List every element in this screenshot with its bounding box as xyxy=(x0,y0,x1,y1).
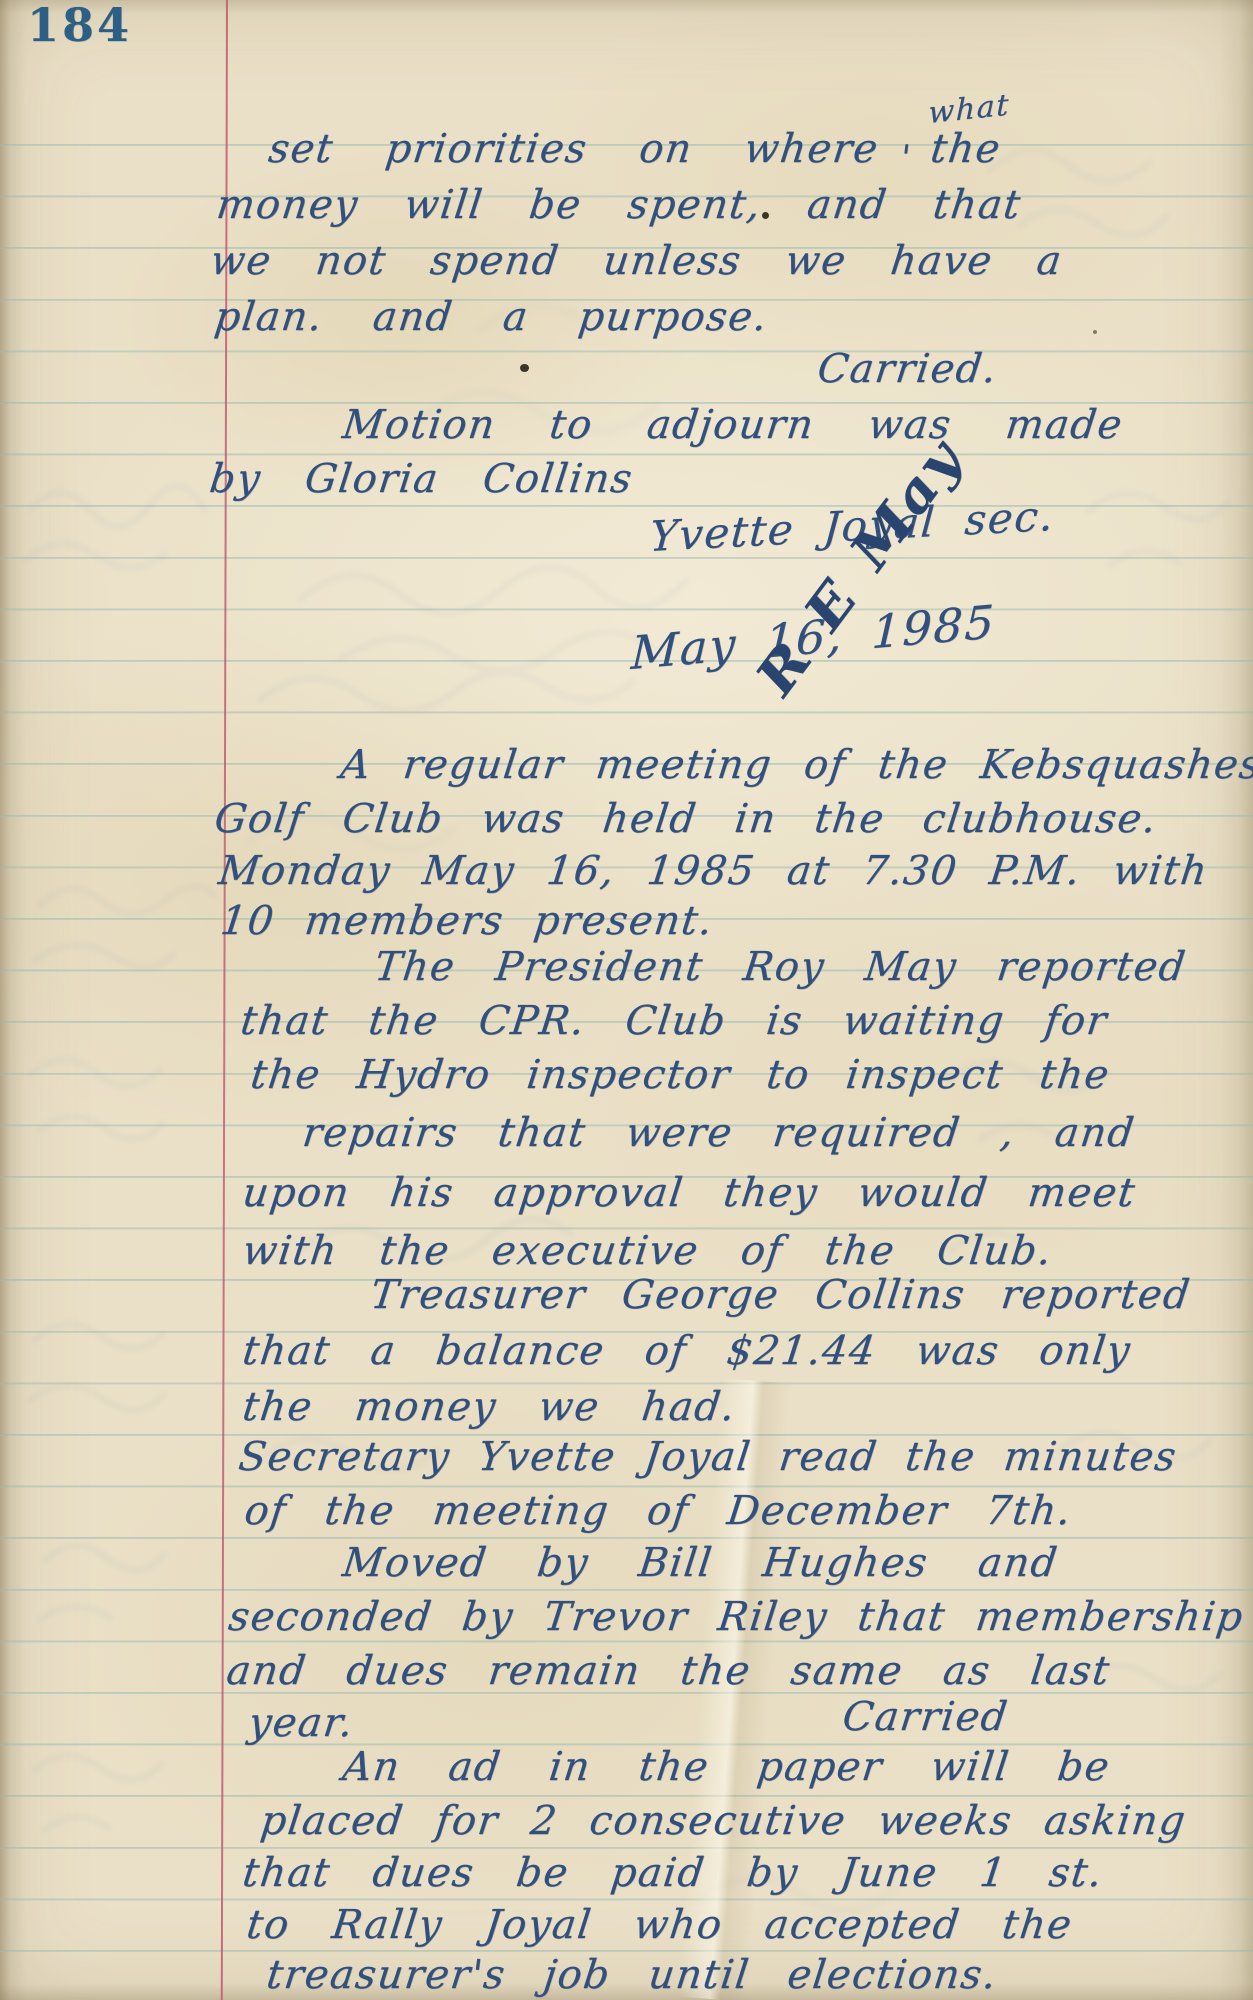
red-margin-line xyxy=(221,0,228,2000)
handwriting-line: set priorities on where the xyxy=(266,126,1004,172)
insertion-caret: ' xyxy=(898,138,914,178)
handwriting-line: Monday May 16, 1985 at 7.30 P.M. with xyxy=(216,848,1211,894)
handwriting-line: the Hydro inspector to inspect the xyxy=(248,1052,1113,1098)
handwriting-line: with the executive of the Club. xyxy=(240,1228,1055,1274)
handwriting-line: of the meeting of December 7th. xyxy=(242,1488,1075,1534)
secretary-signature: Yvette Joyal sec. xyxy=(648,491,1056,561)
handwriting-line: to Rally Joyal who accepted the xyxy=(244,1902,1075,1948)
handwriting-line: seconded by Trevor Riley that membership xyxy=(226,1594,1246,1640)
minute-book-page: 184 what'set priorities on where themone… xyxy=(0,0,1253,2000)
handwriting-line: Motion to adjourn was made xyxy=(340,402,1126,448)
date-line: May 16, 1985 xyxy=(630,595,996,680)
ink-speck xyxy=(520,364,529,372)
handwriting-line: Golf Club was held in the clubhouse. xyxy=(212,796,1160,842)
page-number: 184 xyxy=(27,0,132,52)
paper-crease xyxy=(678,1378,791,2000)
handwriting-line: The President Roy May reported xyxy=(372,944,1189,990)
ink-bleedthrough xyxy=(0,0,1253,2000)
handwriting-line: that a balance of $21.44 was only xyxy=(240,1328,1134,1374)
handwriting-line: that the CPR. Club is waiting for xyxy=(238,998,1110,1044)
handwriting-line: repairs that were required , and xyxy=(300,1110,1138,1156)
handwriting-line: the money we had. xyxy=(240,1384,739,1430)
handwriting-line: Treasurer George Collins reported xyxy=(368,1272,1193,1318)
handwriting-line: treasurer's job until elections. xyxy=(264,1952,1000,1998)
handwriting-line: money will be spent, and that xyxy=(214,182,1024,228)
president-signature: R E May xyxy=(743,429,975,706)
handwriting-line: and dues remain the same as last xyxy=(224,1648,1113,1694)
insertion-word: what xyxy=(928,88,1010,131)
handwriting-line: upon his approval they would meet xyxy=(240,1170,1138,1216)
handwriting-line: plan. and a purpose. xyxy=(212,294,771,340)
handwriting-line: by Gloria Collins xyxy=(207,456,636,502)
handwriting-line: 10 members present. xyxy=(218,898,716,944)
handwriting-line: Carried xyxy=(840,1694,1011,1740)
handwriting-line: we not spend unless we have a xyxy=(208,238,1065,284)
handwriting-line: Carried. xyxy=(815,346,1000,392)
handwriting-line: An ad in the paper will be xyxy=(340,1744,1113,1790)
ink-speck xyxy=(762,212,769,219)
handwriting-line: Secretary Yvette Joyal read the minutes xyxy=(236,1434,1180,1480)
ruled-lines xyxy=(0,144,1253,2000)
handwriting-line: year. xyxy=(246,1700,357,1746)
handwriting-line: Moved by Bill Hughes and xyxy=(340,1540,1061,1586)
handwriting-line: A regular meeting of the Kebsquasheshing xyxy=(338,742,1253,788)
handwriting-line: that dues be paid by June 1 st. xyxy=(240,1850,1106,1896)
ink-speck xyxy=(1093,330,1097,334)
handwriting-line: placed for 2 consecutive weeks asking xyxy=(258,1798,1189,1844)
